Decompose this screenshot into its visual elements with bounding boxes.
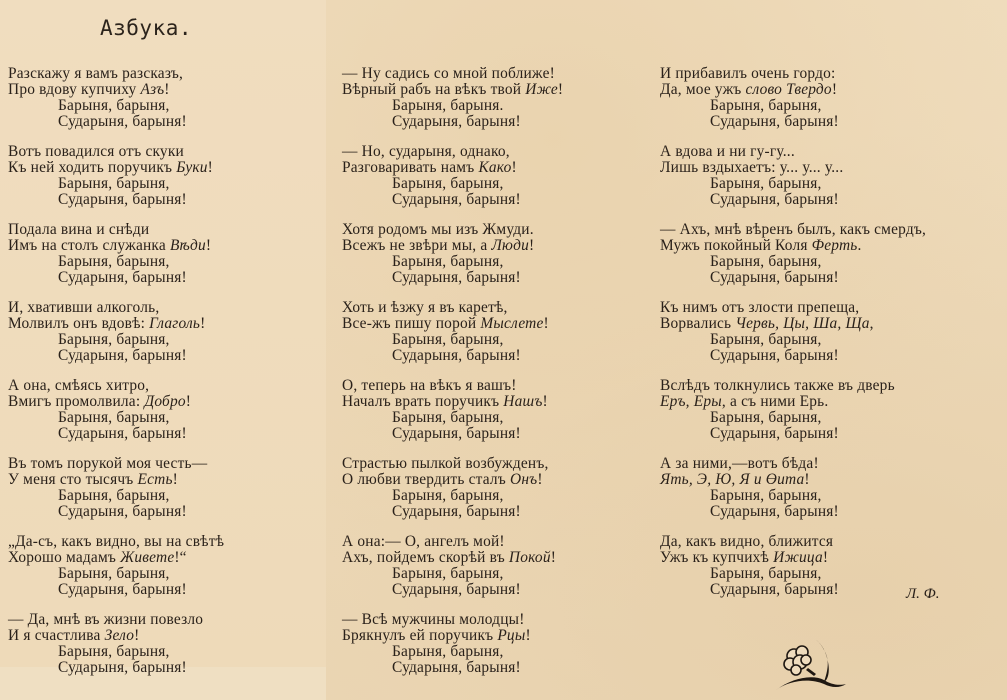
verse-text: ! bbox=[558, 81, 563, 98]
letter-name-italic: Онъ bbox=[510, 471, 537, 488]
verse-text: Ахъ, пойдемъ скорѣй въ bbox=[342, 549, 509, 566]
refrain-line: Барыня, барыня, bbox=[660, 98, 926, 114]
verse-line: О любви твердить сталъ Онъ! bbox=[342, 472, 563, 488]
verse-text: — Да, мнѣ въ жизни повезло bbox=[8, 611, 203, 628]
letter-name-italic: Буки bbox=[176, 159, 207, 176]
verse-line: Ахъ, пойдемъ скорѣй въ Покой! bbox=[342, 550, 563, 566]
verse-line: Хотя родомъ мы изъ Жмуди. bbox=[342, 222, 563, 238]
verse-text: , bbox=[870, 315, 874, 332]
verse-text: ! bbox=[164, 81, 169, 98]
verse-text: ! bbox=[206, 237, 211, 254]
verse-text: ! bbox=[543, 393, 548, 410]
verse-text: О, теперь на вѣкъ я вашъ! bbox=[342, 377, 517, 394]
verse-line: Въ томъ порукой моя честь— bbox=[8, 456, 224, 472]
verse-text: Лишь вздыхаетъ: у... у... у... bbox=[660, 159, 843, 176]
verse-line: Разскажу я вамъ разсказъ, bbox=[8, 66, 224, 82]
poem-column-left: Разскажу я вамъ разсказъ,Про вдову купчи… bbox=[8, 66, 224, 690]
refrain-line: Барыня, барыня. bbox=[342, 98, 563, 114]
stanza: А за ними,—вотъ бѣда!Ять, Э, Ю, Я и Өита… bbox=[660, 456, 926, 520]
verse-line: И я счастлива Зело! bbox=[8, 628, 224, 644]
verse-text: Мужъ покойный Коля bbox=[660, 237, 812, 254]
verse-text: Вмигъ промолвила: bbox=[8, 393, 144, 410]
refrain-line: Сударыня, барыня! bbox=[660, 270, 926, 286]
verse-text: — Но, сударыня, однако, bbox=[342, 143, 510, 160]
verse-line: — Ахъ, мнѣ вѣренъ былъ, какъ смердъ, bbox=[660, 222, 926, 238]
refrain-line: Барыня, барыня, bbox=[660, 410, 926, 426]
verse-text: ! bbox=[529, 237, 534, 254]
refrain-line: Сударыня, барыня! bbox=[8, 582, 224, 598]
verse-text: Молвилъ онъ вдовѣ: bbox=[8, 315, 149, 332]
verse-text: ! bbox=[525, 627, 530, 644]
refrain-line: Барыня, барыня, bbox=[342, 332, 563, 348]
verse-text: Вотъ повадился отъ скуки bbox=[8, 143, 184, 160]
verse-text: — Ну садись со мной поближе! bbox=[342, 65, 555, 82]
poem-column-middle: — Ну садись со мной поближе!Вѣрный рабъ … bbox=[342, 66, 563, 690]
stanza: Въ томъ порукой моя честь—У меня сто тыс… bbox=[8, 456, 224, 520]
letter-name-italic: слово Твердо bbox=[745, 81, 831, 98]
verse-text: А вдова и ни гу-гу... bbox=[660, 143, 795, 160]
refrain-line: Барыня, барыня, bbox=[8, 98, 224, 114]
stanza: — Но, сударыня, однако,Разговаривать нам… bbox=[342, 144, 563, 208]
verse-text: Началъ врать поручикъ bbox=[342, 393, 503, 410]
verse-text: — Ахъ, мнѣ вѣренъ былъ, какъ смердъ, bbox=[660, 221, 926, 238]
letter-name-italic: Како bbox=[478, 159, 511, 176]
stanza: Страстью пылкой возбужденъ,О любви тверд… bbox=[342, 456, 563, 520]
letter-name-italic: Рцы bbox=[497, 627, 525, 644]
letter-name-italic: Червь, Цы, Ша, Ща bbox=[735, 315, 869, 332]
letter-name-italic: Зело bbox=[105, 627, 134, 644]
verse-text: ! bbox=[208, 159, 213, 176]
letter-name-italic: Покой bbox=[509, 549, 551, 566]
refrain-line: Сударыня, барыня! bbox=[8, 504, 224, 520]
verse-line: Разговаривать намъ Како! bbox=[342, 160, 563, 176]
refrain-line: Барыня, барыня, bbox=[342, 176, 563, 192]
verse-text: А она, смѣясь хитро, bbox=[8, 377, 149, 394]
letter-name-italic: Глаголь bbox=[149, 315, 200, 332]
refrain-line: Сударыня, барыня! bbox=[342, 270, 563, 286]
verse-text: ! bbox=[804, 471, 809, 488]
verse-line: Къ ней ходить поручикъ Буки! bbox=[8, 160, 224, 176]
refrain-line: Сударыня, барыня! bbox=[8, 270, 224, 286]
stanza: Вотъ повадился отъ скукиКъ ней ходить по… bbox=[8, 144, 224, 208]
verse-line: Къ нимъ отъ злости препеща, bbox=[660, 300, 926, 316]
verse-text: Страстью пылкой возбужденъ, bbox=[342, 455, 549, 472]
verse-text: ! bbox=[551, 549, 556, 566]
verse-line: Ужъ къ купчихѣ Ижица! bbox=[660, 550, 926, 566]
letter-name-italic: Есть bbox=[138, 471, 173, 488]
refrain-line: Барыня, барыня, bbox=[342, 566, 563, 582]
verse-text: !“ bbox=[174, 549, 186, 566]
verse-line: — Да, мнѣ въ жизни повезло bbox=[8, 612, 224, 628]
letter-name-italic: Люди bbox=[491, 237, 529, 254]
refrain-line: Барыня, барыня, bbox=[342, 410, 563, 426]
refrain-line: Сударыня, барыня! bbox=[8, 426, 224, 442]
letter-name-italic: Вѣди bbox=[170, 237, 206, 254]
verse-text: , а съ ними Ерь. bbox=[722, 393, 828, 410]
letter-name-italic: Добро bbox=[144, 393, 185, 410]
verse-line: Вмигъ промолвила: Добро! bbox=[8, 394, 224, 410]
stanza: И прибавилъ очень гордо:Да, мое ужъ слов… bbox=[660, 66, 926, 130]
verse-text: ! bbox=[544, 315, 549, 332]
verse-line: „Да-съ, какъ видно, вы на свѣтѣ bbox=[8, 534, 224, 550]
verse-line: — Но, сударыня, однако, bbox=[342, 144, 563, 160]
verse-text: ! bbox=[186, 393, 191, 410]
verse-line: Ворвались Червь, Цы, Ша, Ща, bbox=[660, 316, 926, 332]
refrain-line: Барыня, барыня, bbox=[8, 176, 224, 192]
refrain-line: Барыня, барыня, bbox=[8, 566, 224, 582]
poem-title: Азбука. bbox=[100, 16, 192, 40]
verse-text: ! bbox=[537, 471, 542, 488]
stanza: А вдова и ни гу-гу...Лишь вздыхаетъ: у..… bbox=[660, 144, 926, 208]
carnation-flower-icon bbox=[772, 632, 852, 692]
verse-line: А вдова и ни гу-гу... bbox=[660, 144, 926, 160]
verse-text: И, хвативши алкоголь, bbox=[8, 299, 159, 316]
stanza: Хотя родомъ мы изъ Жмуди.Всежъ не звѣри … bbox=[342, 222, 563, 286]
verse-line: — Ну садись со мной поближе! bbox=[342, 66, 563, 82]
refrain-line: Барыня, барыня, bbox=[660, 332, 926, 348]
verse-line: Про вдову купчиху Азъ! bbox=[8, 82, 224, 98]
letter-name-italic: Азъ bbox=[140, 81, 164, 98]
verse-text: И прибавилъ очень гордо: bbox=[660, 65, 835, 82]
stanza: — Всѣ мужчины молодцы!Брякнулъ ей поручи… bbox=[342, 612, 563, 676]
refrain-line: Барыня, барыня, bbox=[342, 488, 563, 504]
refrain-line: Барыня, барыня, bbox=[660, 488, 926, 504]
refrain-line: Сударыня, барыня! bbox=[342, 114, 563, 130]
stanza: — Да, мнѣ въ жизни повезлоИ я счастлива … bbox=[8, 612, 224, 676]
verse-line: Вотъ повадился отъ скуки bbox=[8, 144, 224, 160]
verse-line: Да, какъ видно, ближится bbox=[660, 534, 926, 550]
verse-line: Всежъ не звѣри мы, а Люди! bbox=[342, 238, 563, 254]
verse-line: — Всѣ мужчины молодцы! bbox=[342, 612, 563, 628]
refrain-line: Сударыня, барыня! bbox=[8, 660, 224, 676]
refrain-line: Сударыня, барыня! bbox=[660, 582, 926, 598]
letter-name-italic: Живете bbox=[120, 549, 174, 566]
refrain-line: Барыня, барыня, bbox=[8, 410, 224, 426]
refrain-line: Барыня, барыня, bbox=[8, 488, 224, 504]
verse-text: Хотя родомъ мы изъ Жмуди. bbox=[342, 221, 534, 238]
verse-line: И, хвативши алкоголь, bbox=[8, 300, 224, 316]
verse-text: ! bbox=[832, 81, 837, 98]
letter-name-italic: Еръ, Еры bbox=[660, 393, 722, 410]
verse-line: Ять, Э, Ю, Я и Өита! bbox=[660, 472, 926, 488]
verse-text: А за ними,—вотъ бѣда! bbox=[660, 455, 819, 472]
refrain-line: Барыня, барыня, bbox=[660, 566, 926, 582]
verse-text: И я счастлива bbox=[8, 627, 105, 644]
refrain-line: Сударыня, барыня! bbox=[342, 660, 563, 676]
stanza: — Ну садись со мной поближе!Вѣрный рабъ … bbox=[342, 66, 563, 130]
verse-text: О любви твердить сталъ bbox=[342, 471, 510, 488]
verse-text: Все-жъ пишу порой bbox=[342, 315, 480, 332]
stanza: Да, какъ видно, ближитсяУжъ къ купчихѣ И… bbox=[660, 534, 926, 598]
verse-text: Разговаривать намъ bbox=[342, 159, 478, 176]
verse-text: Да, мое ужъ bbox=[660, 81, 745, 98]
verse-text: Имъ на столъ служанка bbox=[8, 237, 170, 254]
verse-line: Лишь вздыхаетъ: у... у... у... bbox=[660, 160, 926, 176]
verse-text: Вѣрный рабъ на вѣкъ твой bbox=[342, 81, 525, 98]
stanza: Разскажу я вамъ разсказъ,Про вдову купчи… bbox=[8, 66, 224, 130]
verse-line: Имъ на столъ служанка Вѣди! bbox=[8, 238, 224, 254]
verse-text: „Да-съ, какъ видно, вы на свѣтѣ bbox=[8, 533, 224, 550]
verse-text: ! bbox=[200, 315, 205, 332]
verse-line: А она, смѣясь хитро, bbox=[8, 378, 224, 394]
verse-line: Еръ, Еры, а съ ними Ерь. bbox=[660, 394, 926, 410]
refrain-line: Барыня, барыня, bbox=[660, 254, 926, 270]
verse-line: А она:— О, ангелъ мой! bbox=[342, 534, 563, 550]
verse-line: И прибавилъ очень гордо: bbox=[660, 66, 926, 82]
verse-text: Подала вина и снѣди bbox=[8, 221, 149, 238]
verse-text: . bbox=[857, 237, 861, 254]
verse-text: У меня сто тысячъ bbox=[8, 471, 138, 488]
verse-line: У меня сто тысячъ Есть! bbox=[8, 472, 224, 488]
refrain-line: Сударыня, барыня! bbox=[342, 426, 563, 442]
stanza: Подала вина и снѣдиИмъ на столъ служанка… bbox=[8, 222, 224, 286]
stanza: О, теперь на вѣкъ я вашъ!Началъ врать по… bbox=[342, 378, 563, 442]
verse-line: Вслѣдъ толкнулись также въ дверь bbox=[660, 378, 926, 394]
refrain-line: Сударыня, барыня! bbox=[660, 192, 926, 208]
verse-line: О, теперь на вѣкъ я вашъ! bbox=[342, 378, 563, 394]
letter-name-italic: Ферть bbox=[812, 237, 858, 254]
verse-text: ! bbox=[823, 549, 828, 566]
refrain-line: Барыня, барыня, bbox=[342, 254, 563, 270]
verse-text: Хоть и ѣзжу я въ каретѣ, bbox=[342, 299, 508, 316]
verse-text: Къ ней ходить поручикъ bbox=[8, 159, 176, 176]
verse-text: Въ томъ порукой моя честь— bbox=[8, 455, 207, 472]
verse-text: Вслѣдъ толкнулись также въ дверь bbox=[660, 377, 895, 394]
verse-line: Мужъ покойный Коля Ферть. bbox=[660, 238, 926, 254]
letter-name-italic: Мыслете bbox=[480, 315, 543, 332]
stanza: А она, смѣясь хитро,Вмигъ промолвила: До… bbox=[8, 378, 224, 442]
stanza: Вслѣдъ толкнулись также въ дверьЕръ, Еры… bbox=[660, 378, 926, 442]
stanza: Къ нимъ отъ злости препеща,Ворвались Чер… bbox=[660, 300, 926, 364]
refrain-line: Сударыня, барыня! bbox=[660, 504, 926, 520]
verse-line: Да, мое ужъ слово Твердо! bbox=[660, 82, 926, 98]
refrain-line: Сударыня, барыня! bbox=[342, 504, 563, 520]
refrain-line: Сударыня, барыня! bbox=[8, 192, 224, 208]
verse-text: Хорошо мадамъ bbox=[8, 549, 120, 566]
verse-line: Хоть и ѣзжу я въ каретѣ, bbox=[342, 300, 563, 316]
verse-text: Ужъ къ купчихѣ bbox=[660, 549, 773, 566]
refrain-line: Сударыня, барыня! bbox=[8, 114, 224, 130]
verse-text: Всежъ не звѣри мы, а bbox=[342, 237, 491, 254]
verse-text: Брякнулъ ей поручикъ bbox=[342, 627, 497, 644]
poem-column-right: И прибавилъ очень гордо:Да, мое ужъ слов… bbox=[660, 66, 926, 612]
verse-line: А за ними,—вотъ бѣда! bbox=[660, 456, 926, 472]
verse-text: Къ нимъ отъ злости препеща, bbox=[660, 299, 859, 316]
refrain-line: Сударыня, барыня! bbox=[8, 348, 224, 364]
verse-text: Ворвались bbox=[660, 315, 735, 332]
verse-text: Да, какъ видно, ближится bbox=[660, 533, 833, 550]
refrain-line: Сударыня, барыня! bbox=[660, 426, 926, 442]
verse-text: Разскажу я вамъ разсказъ, bbox=[8, 65, 183, 82]
verse-line: Страстью пылкой возбужденъ, bbox=[342, 456, 563, 472]
verse-text: ! bbox=[173, 471, 178, 488]
refrain-line: Сударыня, барыня! bbox=[660, 348, 926, 364]
refrain-line: Барыня, барыня, bbox=[342, 644, 563, 660]
verse-line: Подала вина и снѣди bbox=[8, 222, 224, 238]
verse-text: Про вдову купчиху bbox=[8, 81, 140, 98]
verse-text: — Всѣ мужчины молодцы! bbox=[342, 611, 525, 628]
refrain-line: Барыня, барыня, bbox=[8, 332, 224, 348]
refrain-line: Барыня, барыня, bbox=[8, 644, 224, 660]
letter-name-italic: Нашъ bbox=[503, 393, 542, 410]
letter-name-italic: Иже bbox=[525, 81, 558, 98]
verse-line: Вѣрный рабъ на вѣкъ твой Иже! bbox=[342, 82, 563, 98]
verse-line: Брякнулъ ей поручикъ Рцы! bbox=[342, 628, 563, 644]
verse-line: Молвилъ онъ вдовѣ: Глаголь! bbox=[8, 316, 224, 332]
stanza: „Да-съ, какъ видно, вы на свѣтѣХорошо ма… bbox=[8, 534, 224, 598]
stanza: И, хвативши алкоголь,Молвилъ онъ вдовѣ: … bbox=[8, 300, 224, 364]
verse-line: Началъ врать поручикъ Нашъ! bbox=[342, 394, 563, 410]
author-signature: Л. Ф. bbox=[906, 586, 939, 603]
refrain-line: Сударыня, барыня! bbox=[342, 582, 563, 598]
verse-text: ! bbox=[134, 627, 139, 644]
refrain-line: Барыня, барыня, bbox=[8, 254, 224, 270]
refrain-line: Сударыня, барыня! bbox=[342, 348, 563, 364]
verse-text: А она:— О, ангелъ мой! bbox=[342, 533, 505, 550]
refrain-line: Сударыня, барыня! bbox=[342, 192, 563, 208]
letter-name-italic: Ять, Э, Ю, Я и Өита bbox=[660, 471, 804, 488]
verse-line: Хорошо мадамъ Живете!“ bbox=[8, 550, 224, 566]
stanza: Хоть и ѣзжу я въ каретѣ,Все-жъ пишу поро… bbox=[342, 300, 563, 364]
verse-line: Все-жъ пишу порой Мыслете! bbox=[342, 316, 563, 332]
stanza: А она:— О, ангелъ мой!Ахъ, пойдемъ скорѣ… bbox=[342, 534, 563, 598]
stanza: — Ахъ, мнѣ вѣренъ былъ, какъ смердъ,Мужъ… bbox=[660, 222, 926, 286]
refrain-line: Сударыня, барыня! bbox=[660, 114, 926, 130]
refrain-line: Барыня, барыня, bbox=[660, 176, 926, 192]
letter-name-italic: Ижица bbox=[773, 549, 823, 566]
verse-text: ! bbox=[511, 159, 516, 176]
